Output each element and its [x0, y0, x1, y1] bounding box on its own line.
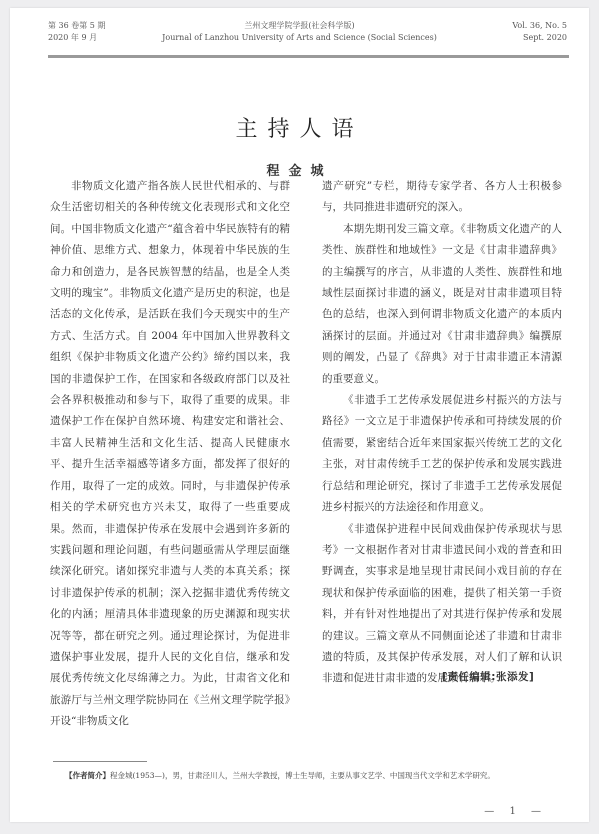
header-divider: [48, 55, 569, 58]
header-volume-en: Vol. 36, No. 5: [512, 20, 567, 32]
left-column: 非物质文化遗产指各族人民世代相承的、与群众生活密切相关的各种传统文化表现形式和文…: [50, 176, 290, 733]
body-paragraph: 本期先期刊发三篇文章。《非物质文化遗产的人类性、族群性和地域性》一文是《甘肃非遗…: [322, 219, 562, 390]
body-paragraph-continuation: 遗产研究”专栏，期待专家学者、各方人士积极参与，共同推进非遗研究的深入。: [322, 176, 562, 219]
header-journal-name-en: Journal of Lanzhou University of Arts an…: [10, 32, 589, 44]
body-paragraph: 非物质文化遗产指各族人民世代相承的、与群众生活密切相关的各种传统文化表现形式和文…: [50, 176, 290, 733]
header-journal-name-cn: 兰州文理学院学报(社会科学版): [10, 20, 589, 32]
body-paragraph: 《非遗保护进程中民间戏曲保护传承现状与思考》一文根据作者对甘肃非遗民间小戏的普查…: [322, 519, 562, 690]
author-bio-footnote: 【作者简介】程金城(1953—)，男，甘肃泾川人，兰州大学教授，博士生导师，主要…: [53, 768, 553, 783]
footnote-label: 【作者简介】: [65, 771, 110, 780]
header-journal-name: 兰州文理学院学报(社会科学版) Journal of Lanzhou Unive…: [10, 20, 589, 44]
responsible-editor: [责任编辑:张添发]: [442, 669, 534, 684]
page-number: — 1 —: [484, 806, 547, 817]
header-date-en: Sept. 2020: [512, 32, 567, 44]
body-paragraph: 《非遗手工艺传承发展促进乡村振兴的方法与路径》一文立足于非遗保护传承和可持续发展…: [322, 390, 562, 518]
article-title: 主持人语: [10, 116, 589, 144]
footnote-divider: [53, 761, 147, 762]
right-column: 遗产研究”专栏，期待专家学者、各方人士积极参与，共同推进非遗研究的深入。 本期先…: [322, 176, 562, 690]
header-issue-info-en: Vol. 36, No. 5 Sept. 2020: [512, 20, 567, 44]
footnote-text: 程金城(1953—)，男，甘肃泾川人，兰州大学教授，博士生导师，主要从事文艺学、…: [110, 771, 495, 780]
journal-page: 第 36 卷第 5 期 2020 年 9 月 兰州文理学院学报(社会科学版) J…: [10, 8, 589, 822]
